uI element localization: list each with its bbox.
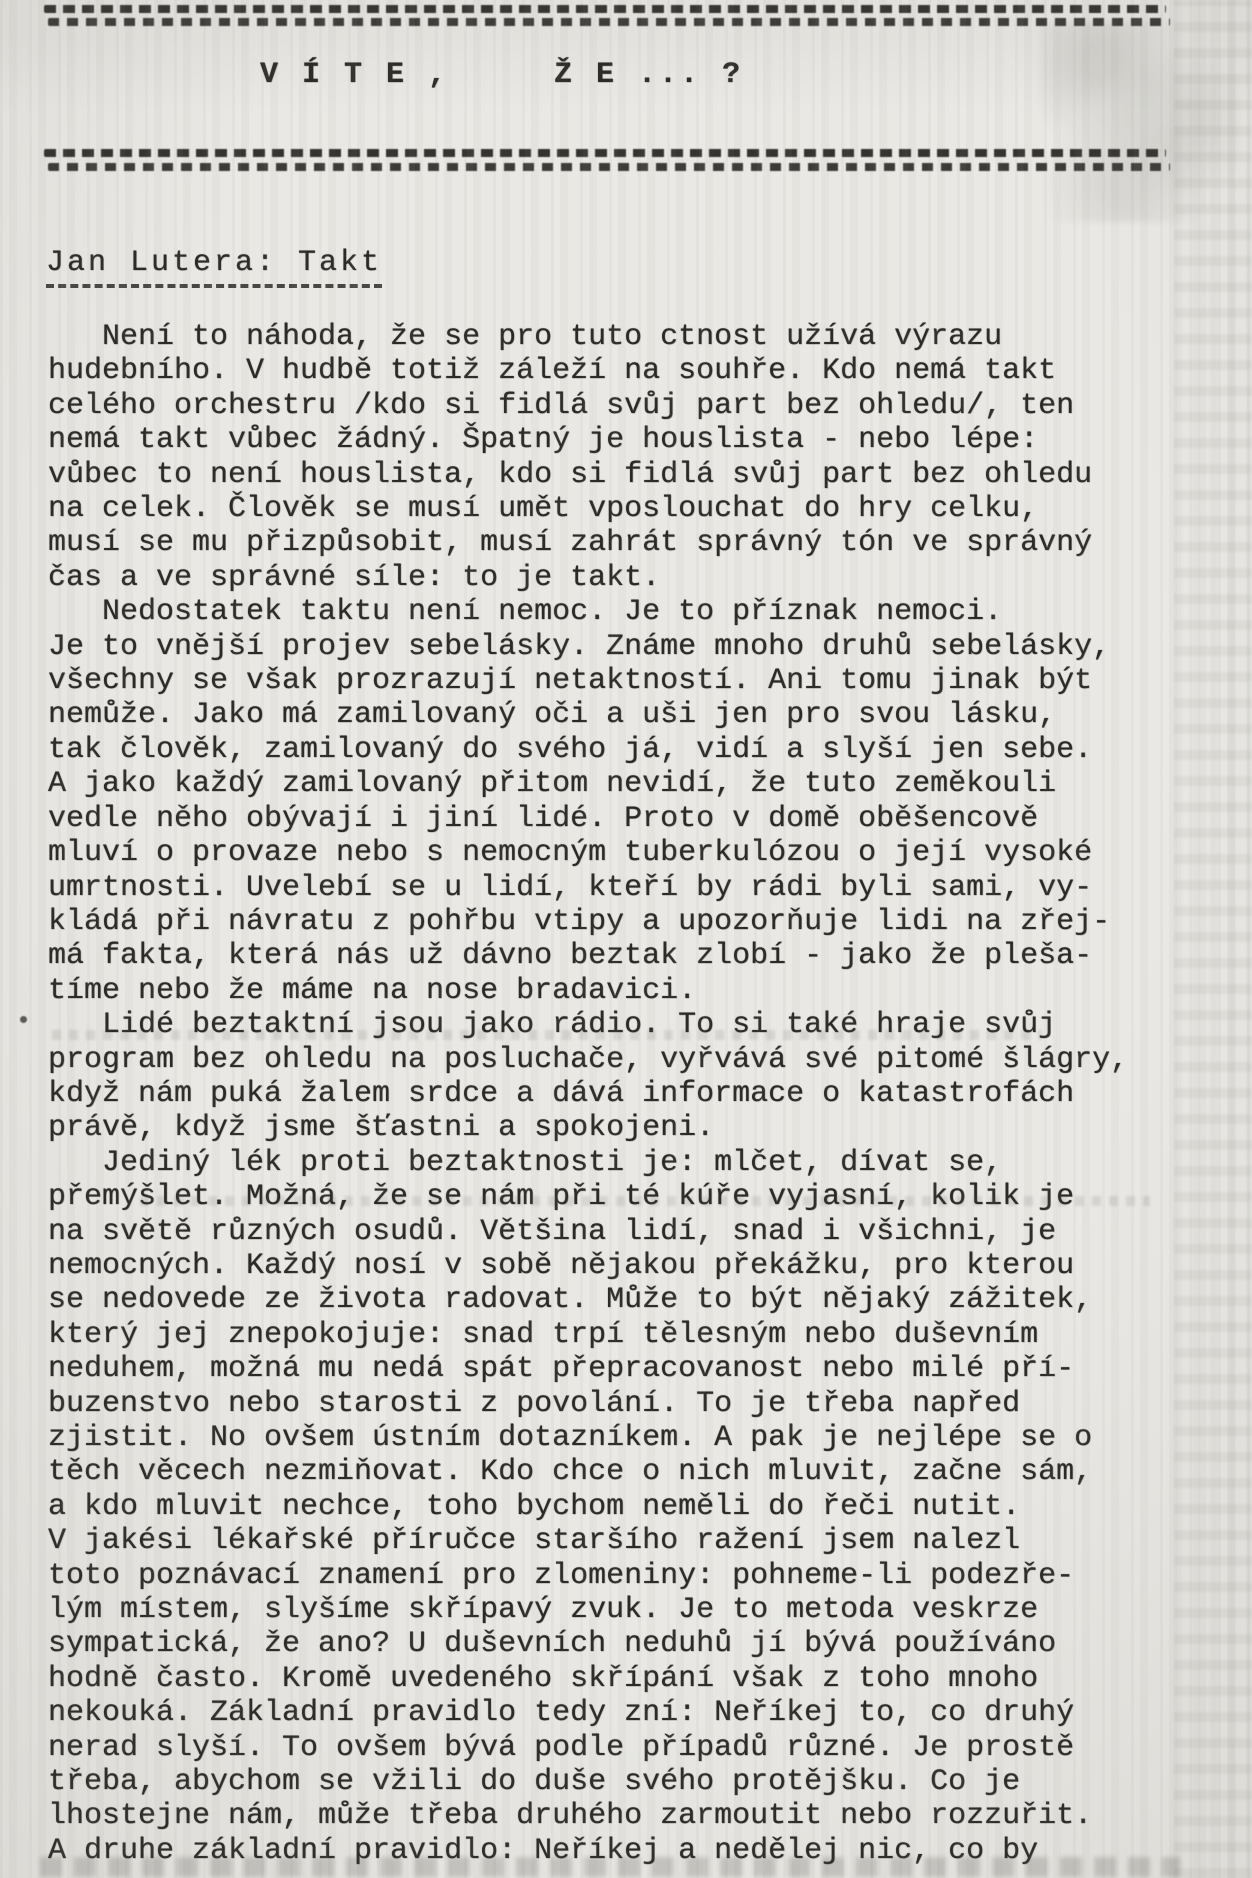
text-line: nekouká. Základní pravidlo tedy zní: Neř…: [48, 1696, 1218, 1730]
page-title: V Í T E , Ž E ... ?: [260, 58, 743, 92]
bottom-cutoff-ghost-line: [40, 1857, 1180, 1877]
text-line: celého orchestru /kdo si fidlá svůj part…: [48, 389, 1218, 423]
text-line: nemocných. Každý nosí v sobě nějakou pře…: [48, 1249, 1218, 1283]
text-line: tak člověk, zamilovaný do svého já, vidí…: [48, 733, 1218, 767]
bleed-through-dashes: [52, 1030, 1042, 1040]
text-line: V jakési lékařské příručce staršího raže…: [48, 1524, 1218, 1558]
text-line: hodně často. Kromě uvedeného skřípání vš…: [48, 1662, 1218, 1696]
text-line: všechny se však prozrazují netaktností. …: [48, 664, 1218, 698]
text-line: vedle něho obývají i jiní lidé. Proto v …: [48, 802, 1218, 836]
text-line: právě, když jsme šťastni a spokojeni.: [48, 1111, 1218, 1145]
text-line: kládá při návratu z pohřbu vtipy a upozo…: [48, 905, 1218, 939]
right-margin-ghost-text: [1174, 0, 1252, 1878]
text-line: lhostejne nám, může třeba druhého zarmou…: [48, 1799, 1218, 1833]
text-line: program bez ohledu na posluchače, vyřváv…: [48, 1043, 1218, 1077]
text-line: se nedovede ze života radovat. Může to b…: [48, 1283, 1218, 1317]
text-line: nemá takt vůbec žádný. Špatný je houslis…: [48, 423, 1218, 457]
text-line: nerad slyší. To ovšem bývá podle případů…: [48, 1731, 1218, 1765]
dashed-rule-top-1: [44, 5, 1166, 13]
text-line: když nám puká žalem srdce a dává informa…: [48, 1077, 1218, 1111]
text-line: a kdo mluvit nechce, toho bychom neměli …: [48, 1490, 1218, 1524]
text-line: tíme nebo že máme na nose bradavici.: [48, 974, 1218, 1008]
text-line: nemůže. Jako má zamilovaný oči a uši jen…: [48, 698, 1218, 732]
corner-smudge: [1040, 22, 1240, 222]
bleed-through-dashes: [140, 1196, 1150, 1206]
margin-ink-dot: [20, 1016, 27, 1023]
text-line: neduhem, možná mu nedá spát přepracovano…: [48, 1352, 1218, 1386]
dashed-rule-top-2: [48, 18, 1170, 26]
article-heading: Jan Lutera: Takt: [46, 246, 382, 288]
text-line: Nedostatek taktu není nemoc. Je to přízn…: [48, 595, 1218, 629]
text-line: musí se mu přizpůsobit, musí zahrát sprá…: [48, 526, 1218, 560]
text-line: sympatická, že ano? U duševních neduhů j…: [48, 1627, 1218, 1661]
text-line: A jako každý zamilovaný přitom nevidí, ž…: [48, 767, 1218, 801]
text-line: na celek. Člověk se musí umět vposloucha…: [48, 492, 1218, 526]
text-line: Není to náhoda, že se pro tuto ctnost už…: [48, 320, 1218, 354]
text-line: umrtnosti. Uvelebí se u lidí, kteří by r…: [48, 871, 1218, 905]
text-line: buzenstvo nebo starosti z povolání. To j…: [48, 1387, 1218, 1421]
text-line: hudebního. V hudbě totiž záleží na souhř…: [48, 354, 1218, 388]
text-line: na světě různých osudů. Většina lidí, sn…: [48, 1215, 1218, 1249]
text-line: mluví o provaze nebo s nemocným tuberkul…: [48, 836, 1218, 870]
dashed-rule-bottom-2: [48, 163, 1170, 171]
scanned-page: V Í T E , Ž E ... ? Jan Lutera: Takt Nen…: [0, 0, 1252, 1878]
text-line: Jediný lék proti beztaktnosti je: mlčet,…: [48, 1146, 1218, 1180]
article-body: Není to náhoda, že se pro tuto ctnost už…: [48, 320, 1218, 1868]
text-line: má fakta, která nás už dávno beztak zlob…: [48, 939, 1218, 973]
text-line: těch věcech nezmiňovat. Kdo chce o nich …: [48, 1455, 1218, 1489]
text-line: Je to vnější projev sebelásky. Známe mno…: [48, 630, 1218, 664]
text-line: vůbec to není houslista, kdo si fidlá sv…: [48, 458, 1218, 492]
text-line: lým místem, slyšíme skřípavý zvuk. Je to…: [48, 1593, 1218, 1627]
text-line: toto poznávací znamení pro zlomeniny: po…: [48, 1559, 1218, 1593]
text-line: zjistit. No ovšem ústním dotazníkem. A p…: [48, 1421, 1218, 1455]
dashed-rule-bottom-1: [44, 149, 1166, 157]
text-line: čas a ve správné síle: to je takt.: [48, 561, 1218, 595]
text-line: který jej znepokojuje: snad trpí tělesný…: [48, 1318, 1218, 1352]
text-line: třeba, abychom se vžili do duše svého pr…: [48, 1765, 1218, 1799]
